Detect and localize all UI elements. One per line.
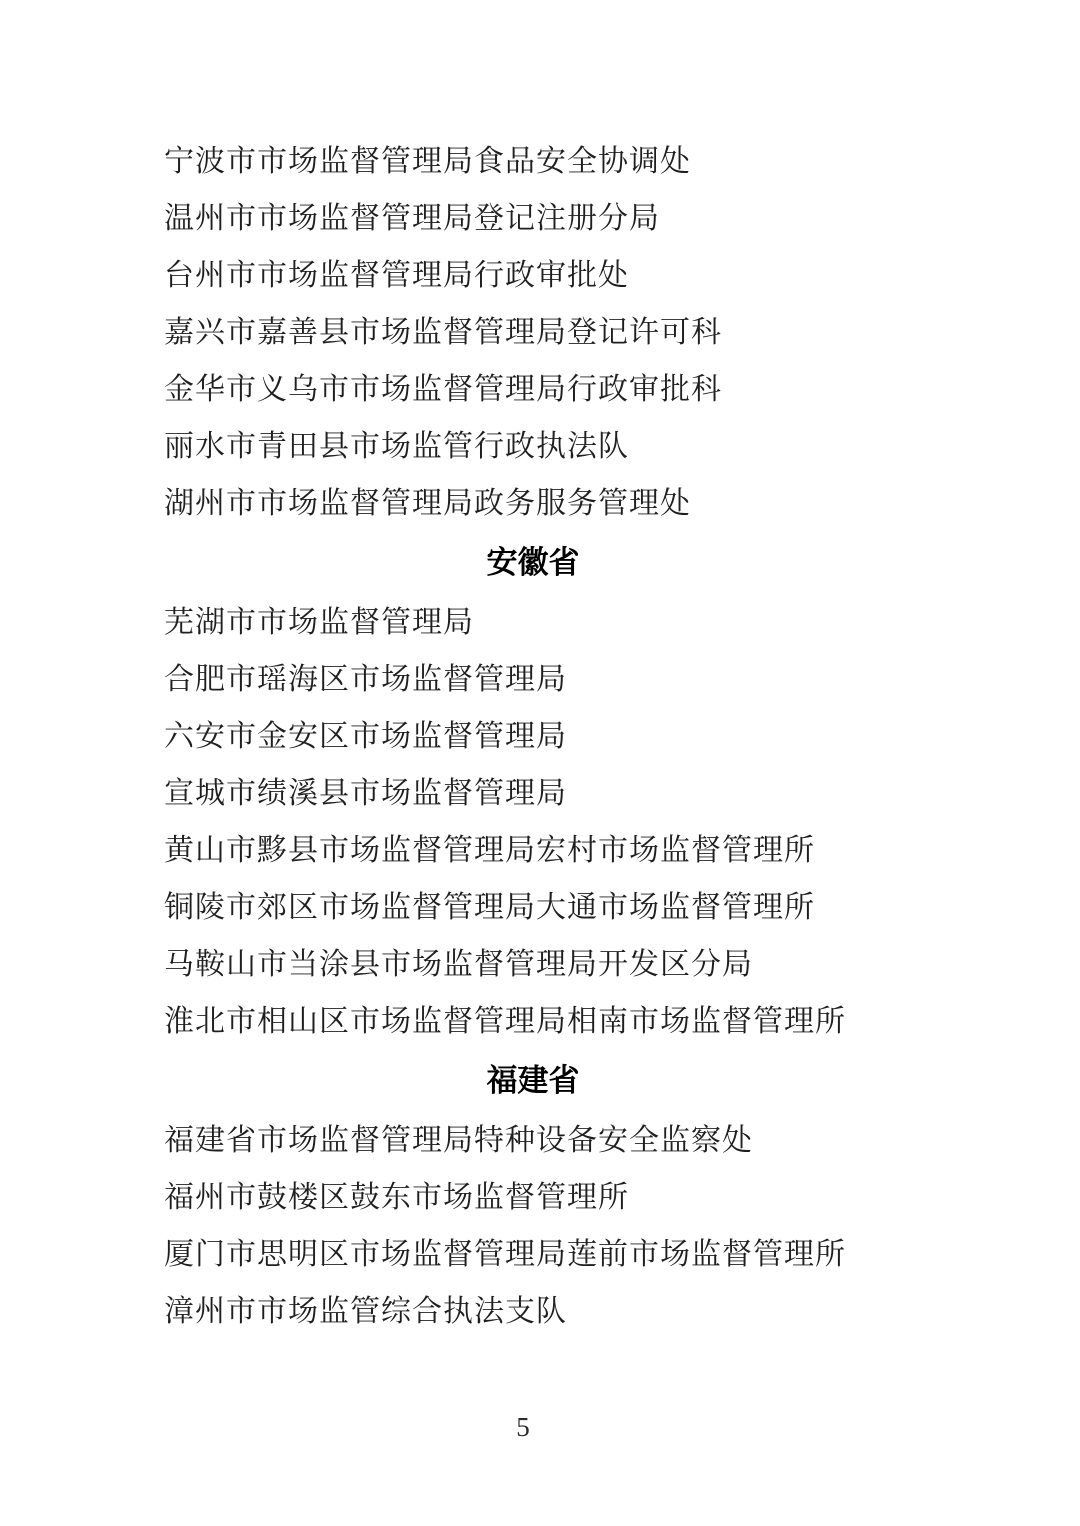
org-items: 宁波市市场监督管理局食品安全协调处 温州市市场监督管理局登记注册分局 台州市市场… [0,133,1080,532]
page-number: 5 [516,1412,530,1442]
province-header: 福建省 [0,1050,1080,1112]
org-list-content: 宁波市市场监督管理局食品安全协调处 温州市市场监督管理局登记注册分局 台州市市场… [0,133,1080,1340]
province-section: 安徽省 芜湖市市场监督管理局 合肥市瑶海区市场监督管理局 六安市金安区市场监督管… [0,532,1080,1050]
province-header: 安徽省 [0,532,1080,594]
org-list-item: 漳州市市场监管综合执法支队 [0,1283,1080,1340]
org-items: 福建省市场监督管理局特种设备安全监察处 福州市鼓楼区鼓东市场监督管理所 厦门市思… [0,1112,1080,1340]
org-list-item: 湖州市市场监督管理局政务服务管理处 [0,475,1080,532]
org-list-item: 丽水市青田县市场监管行政执法队 [0,418,1080,475]
org-list-item: 合肥市瑶海区市场监督管理局 [0,651,1080,708]
org-list-item: 嘉兴市嘉善县市场监督管理局登记许可科 [0,304,1080,361]
org-list-item: 宣城市绩溪县市场监督管理局 [0,765,1080,822]
org-list-item: 芜湖市市场监督管理局 [0,594,1080,651]
org-list-item: 金华市义乌市市场监督管理局行政审批科 [0,361,1080,418]
org-list-item: 台州市市场监督管理局行政审批处 [0,247,1080,304]
org-list-item: 温州市市场监督管理局登记注册分局 [0,190,1080,247]
org-list-item: 马鞍山市当涂县市场监督管理局开发区分局 [0,936,1080,993]
org-list-item: 铜陵市郊区市场监督管理局大通市场监督管理所 [0,879,1080,936]
org-list-item: 厦门市思明区市场监督管理局莲前市场监督管理所 [0,1226,1080,1283]
org-list-item: 淮北市相山区市场监督管理局相南市场监督管理所 [0,993,1080,1050]
province-section: 宁波市市场监督管理局食品安全协调处 温州市市场监督管理局登记注册分局 台州市市场… [0,133,1080,532]
document-page: 宁波市市场监督管理局食品安全协调处 温州市市场监督管理局登记注册分局 台州市市场… [0,0,1080,1526]
org-items: 芜湖市市场监督管理局 合肥市瑶海区市场监督管理局 六安市金安区市场监督管理局 宣… [0,594,1080,1050]
org-list-item: 宁波市市场监督管理局食品安全协调处 [0,133,1080,190]
page-footer: 5 [0,1412,1080,1443]
org-list-item: 六安市金安区市场监督管理局 [0,708,1080,765]
province-section: 福建省 福建省市场监督管理局特种设备安全监察处 福州市鼓楼区鼓东市场监督管理所 … [0,1050,1080,1340]
org-list-item: 福州市鼓楼区鼓东市场监督管理所 [0,1169,1080,1226]
org-list-item: 黄山市黟县市场监督管理局宏村市场监督管理所 [0,822,1080,879]
org-list-item: 福建省市场监督管理局特种设备安全监察处 [0,1112,1080,1169]
